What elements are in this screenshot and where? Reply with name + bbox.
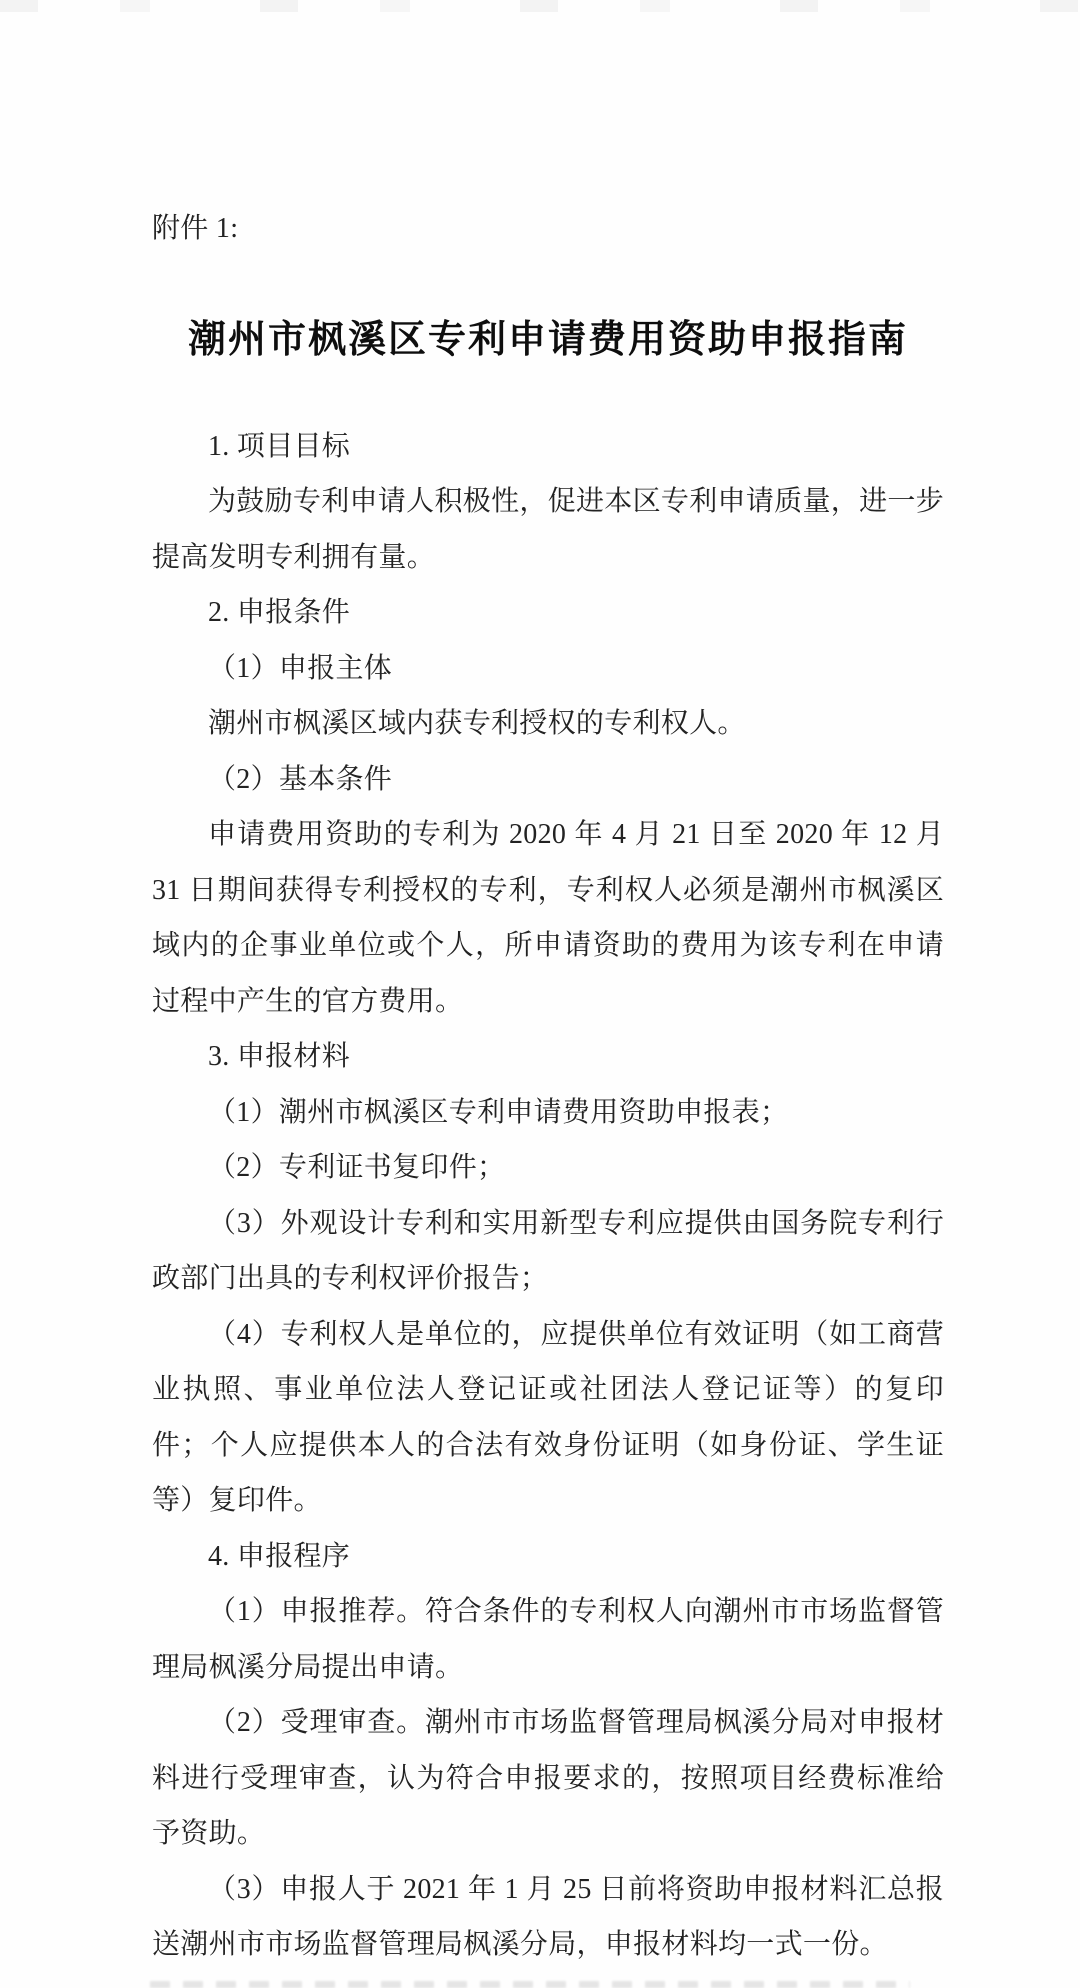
section-3-item-1: （1）潮州市枫溪区专利申请费用资助申报表； (152, 1085, 944, 1141)
section-1-heading: 1. 项目目标 (152, 419, 944, 475)
section-4-item-2: （2）受理审查。潮州市市场监督管理局枫溪分局对申报材料进行受理审查，认为符合申报… (152, 1695, 944, 1862)
attachment-label: 附件 1: (152, 201, 944, 257)
scanned-document-page: 附件 1: 潮州市枫溪区专利申请费用资助申报指南 1. 项目目标 为鼓励专利申请… (0, 0, 1080, 1988)
section-1-paragraph: 为鼓励专利申请人积极性，促进本区专利申请质量，进一步提高发明专利拥有量。 (152, 474, 944, 585)
section-4-heading: 4. 申报程序 (152, 1529, 944, 1585)
section-3-item-2: （2）专利证书复印件； (152, 1140, 944, 1196)
section-4-item-1: （1）申报推荐。符合条件的专利权人向潮州市市场监督管理局枫溪分局提出申请。 (152, 1584, 944, 1695)
section-2-paragraph-applicant: 潮州市枫溪区域内获专利授权的专利权人。 (152, 696, 944, 752)
section-2-paragraph-basic-conditions: 申请费用资助的专利为 2020 年 4 月 21 日至 2020 年 12 月 … (152, 807, 944, 1029)
section-3-item-4: （4）专利权人是单位的，应提供单位有效证明（如工商营业执照、事业单位法人登记证或… (152, 1307, 944, 1529)
scan-noise-top (0, 0, 1080, 12)
section-3-item-3: （3）外观设计专利和实用新型专利应提供由国务院专利行政部门出具的专利权评价报告； (152, 1196, 944, 1307)
section-2-subheading-basic-conditions: （2）基本条件 (152, 752, 944, 808)
document-body: 附件 1: 潮州市枫溪区专利申请费用资助申报指南 1. 项目目标 为鼓励专利申请… (152, 201, 944, 1973)
document-title: 潮州市枫溪区专利申请费用资助申报指南 (152, 312, 944, 368)
section-2-heading: 2. 申报条件 (152, 585, 944, 641)
section-3-heading: 3. 申报材料 (152, 1029, 944, 1085)
section-4-item-3: （3）申报人于 2021 年 1 月 25 日前将资助申报材料汇总报送潮州市市场… (152, 1862, 944, 1973)
scan-noise-bottom (150, 1981, 910, 1988)
section-2-subheading-applicant: （1）申报主体 (152, 641, 944, 697)
